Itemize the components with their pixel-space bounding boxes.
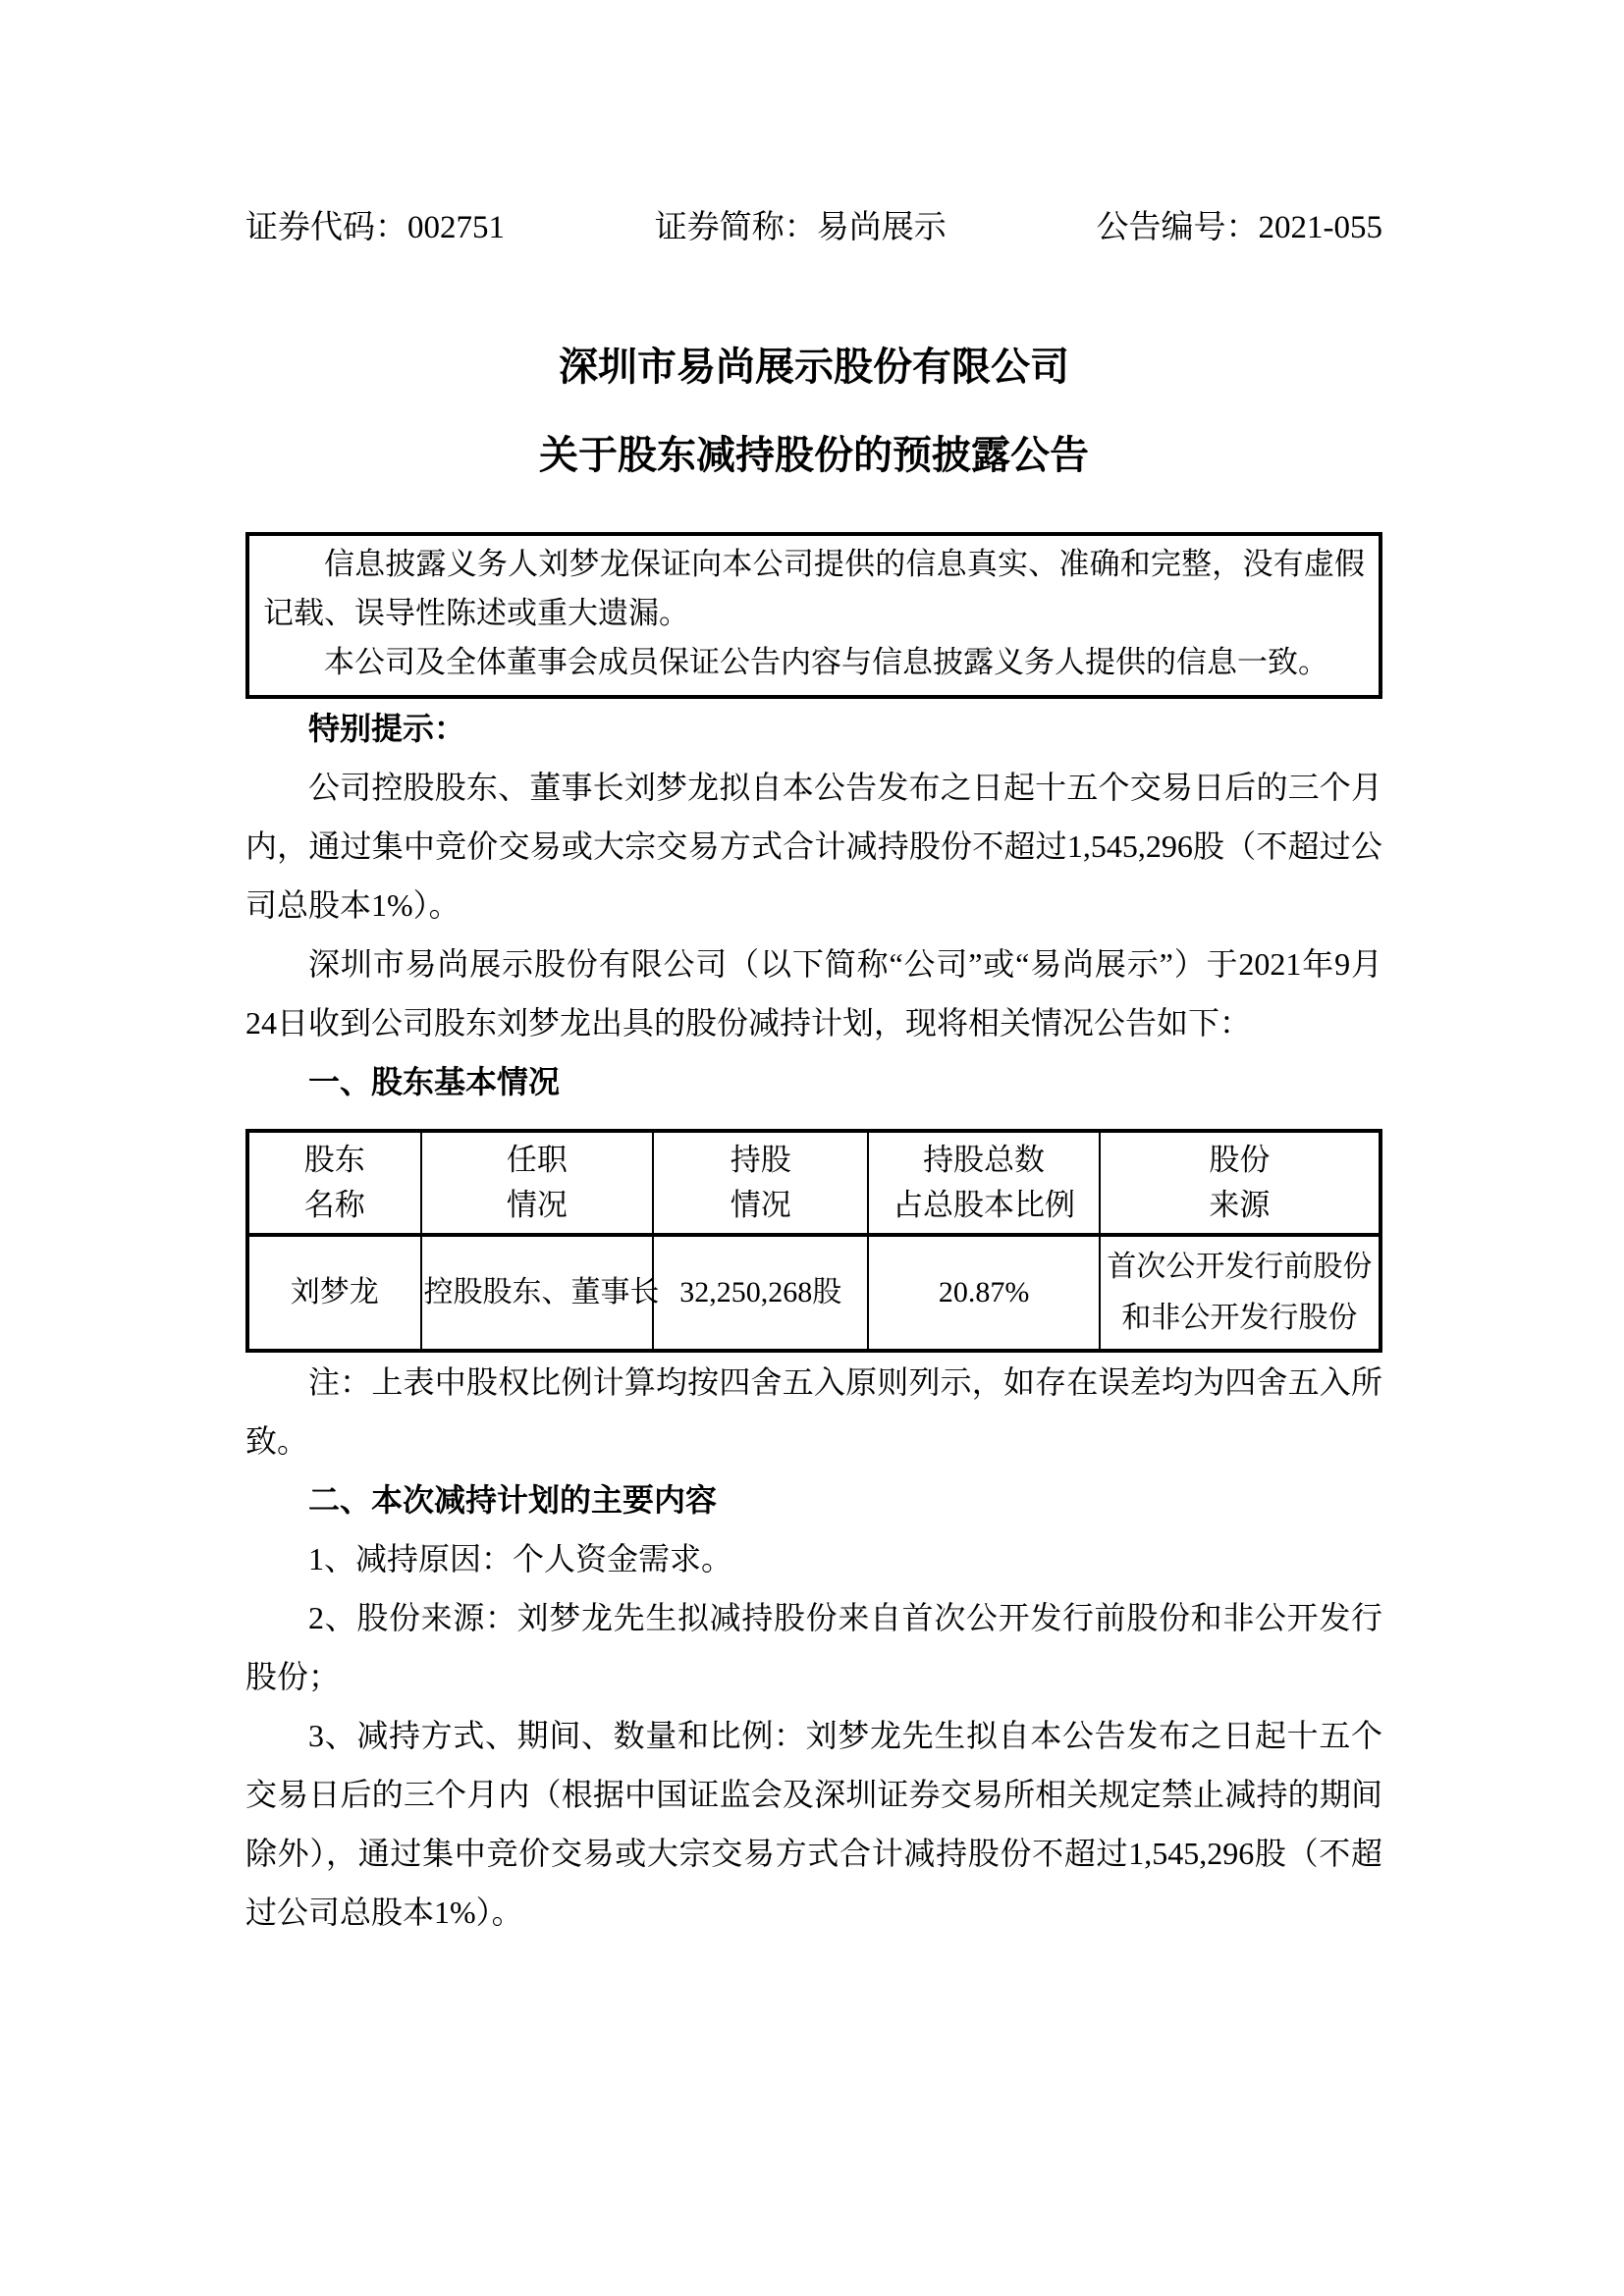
- reduction-item-2: 2、股份来源：刘梦龙先生拟减持股份来自首次公开发行前股份和非公开发行股份；: [245, 1588, 1382, 1706]
- column-header-position: 任职 情况: [421, 1131, 654, 1235]
- column-header-total-ratio: 持股总数 占总股本比例: [868, 1131, 1099, 1235]
- stock-short-name: 证券简称：易尚展示: [655, 208, 947, 247]
- section2-heading: 二、本次减持计划的主要内容: [245, 1470, 1382, 1529]
- document-page: 证券代码：002751 证券简称：易尚展示 公告编号：2021-055 深圳市易…: [0, 0, 1624, 2296]
- announcement-title: 关于股东减持股份的预披露公告: [245, 432, 1382, 479]
- disclosure-notice-box: 信息披露义务人刘梦龙保证向本公司提供的信息真实、准确和完整，没有虚假记载、误导性…: [245, 532, 1382, 699]
- cell-share-source: 首次公开发行前股份和非公开发行股份: [1100, 1235, 1380, 1351]
- announcement-number: 公告编号：2021-055: [1097, 208, 1383, 247]
- cell-shareholding: 32,250,268股: [653, 1235, 868, 1351]
- cell-shareholder-name: 刘梦龙: [247, 1235, 421, 1351]
- table-note: 注：上表中股权比例计算均按四舍五入原则列示，如存在误差均为四舍五入所致。: [245, 1353, 1382, 1470]
- column-header-shareholder-name: 股东 名称: [247, 1131, 421, 1235]
- shareholder-table: 股东 名称 任职 情况 持股 情况 持股总数 占总股本比例 股份 来源 刘梦龙 …: [245, 1129, 1382, 1353]
- table-header-row: 股东 名称 任职 情况 持股 情况 持股总数 占总股本比例 股份 来源: [247, 1131, 1380, 1235]
- cell-total-ratio: 20.87%: [868, 1235, 1099, 1351]
- company-title: 深圳市易尚展示股份有限公司: [245, 344, 1382, 391]
- notice-paragraph-2: 本公司及全体董事会成员保证公告内容与信息披露义务人提供的信息一致。: [263, 638, 1365, 687]
- stock-code: 证券代码：002751: [245, 208, 505, 247]
- reduction-item-1: 1、减持原因：个人资金需求。: [245, 1529, 1382, 1588]
- reduction-item-3: 3、减持方式、期间、数量和比例：刘梦龙先生拟自本公告发布之日起十五个交易日后的三…: [245, 1706, 1382, 1942]
- intro-paragraph: 深圳市易尚展示股份有限公司（以下简称“公司”或“易尚展示”）于2021年9月24…: [245, 934, 1382, 1052]
- column-header-share-source: 股份 来源: [1100, 1131, 1380, 1235]
- section1-heading: 一、股东基本情况: [245, 1052, 1382, 1111]
- document-header: 证券代码：002751 证券简称：易尚展示 公告编号：2021-055: [245, 208, 1382, 247]
- column-header-shareholding: 持股 情况: [653, 1131, 868, 1235]
- special-notice-paragraph: 公司控股股东、董事长刘梦龙拟自本公告发布之日起十五个交易日后的三个月内，通过集中…: [245, 758, 1382, 934]
- special-notice-heading: 特别提示：: [245, 699, 1382, 758]
- table-row: 刘梦龙 控股股东、董事长 32,250,268股 20.87% 首次公开发行前股…: [247, 1235, 1380, 1351]
- cell-position: 控股股东、董事长: [421, 1235, 654, 1351]
- notice-paragraph-1: 信息披露义务人刘梦龙保证向本公司提供的信息真实、准确和完整，没有虚假记载、误导性…: [263, 540, 1365, 638]
